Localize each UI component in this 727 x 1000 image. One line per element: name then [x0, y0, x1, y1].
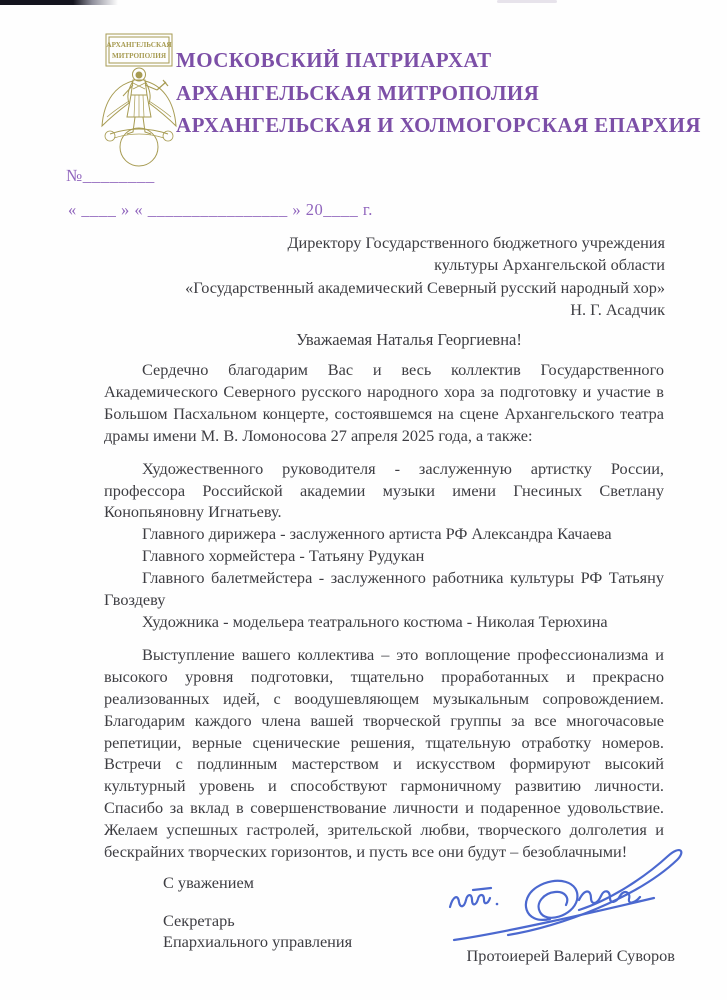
signature-scribble [438, 847, 690, 947]
credit-costume-designer: Художника - модельера театрального костю… [104, 611, 664, 633]
letterhead-line-metropolia: АРХАНГЕЛЬСКАЯ МИТРОПОЛИЯ [176, 77, 706, 110]
closing-block: С уважением Секретарь Епархиального упра… [163, 872, 352, 953]
emblem-caption-line1: АРХАНГЕЛЬСКАЯ [106, 41, 172, 49]
letter-body: Сердечно благодарим Вас и весь коллектив… [104, 359, 664, 863]
addressee-block: Директору Государственного бюджетного уч… [95, 232, 665, 321]
letter-page: АРХАНГЕЛЬСКАЯ МИТРОПОЛИЯ МОСКОВСКИЙ ПАТР… [0, 0, 727, 1000]
closing-position-line2: Епархиального управления [163, 931, 352, 953]
addressee-line: Директору Государственного бюджетного уч… [95, 232, 665, 254]
credit-chief-conductor: Главного дирижера - заслуженного артиста… [104, 523, 664, 545]
credit-chief-choirmaster: Главного хормейстера - Татьяну Рудукан [104, 545, 664, 567]
eparchy-coat-of-arms-icon: АРХАНГЕЛЬСКАЯ МИТРОПОЛИЯ [93, 33, 185, 168]
signer-name: Протоиерей Валерий Суворов [467, 946, 675, 966]
closing-respect: С уважением [163, 872, 352, 894]
scan-artifact-smudge [497, 0, 557, 3]
credit-artistic-director: Художественного руководителя - заслуженн… [104, 458, 664, 524]
addressee-line: культуры Архангельской области [95, 254, 665, 276]
addressee-line: «Государственный академический Северный … [95, 277, 665, 299]
emblem-caption-line2: МИТРОПОЛИЯ [112, 52, 167, 60]
paragraph-praise: Выступление вашего коллектива – это вопл… [104, 644, 664, 863]
credit-chief-balletmaster: Главного балетмейстера - заслуженного ра… [104, 567, 664, 611]
letterhead: МОСКОВСКИЙ ПАТРИАРХАТ АРХАНГЕЛЬСКАЯ МИТР… [176, 44, 706, 142]
greeting-line: Уважаемая Наталья Георгиевна! [130, 330, 688, 350]
paragraph-thanks: Сердечно благодарим Вас и весь коллектив… [104, 359, 664, 447]
addressee-line: Н. Г. Асадчик [95, 299, 665, 321]
reference-date-line: « ____ » « ________________ » 20____ г. [68, 200, 373, 220]
scan-artifact-strip [0, 0, 118, 5]
letterhead-line-patriarchate: МОСКОВСКИЙ ПАТРИАРХАТ [176, 44, 706, 77]
reference-number-line: №________ [66, 166, 155, 186]
letterhead-line-eparchy: АРХАНГЕЛЬСКАЯ И ХОЛМОГОРСКАЯ ЕПАРХИЯ [176, 109, 706, 142]
closing-position-line1: Секретарь [163, 910, 352, 932]
